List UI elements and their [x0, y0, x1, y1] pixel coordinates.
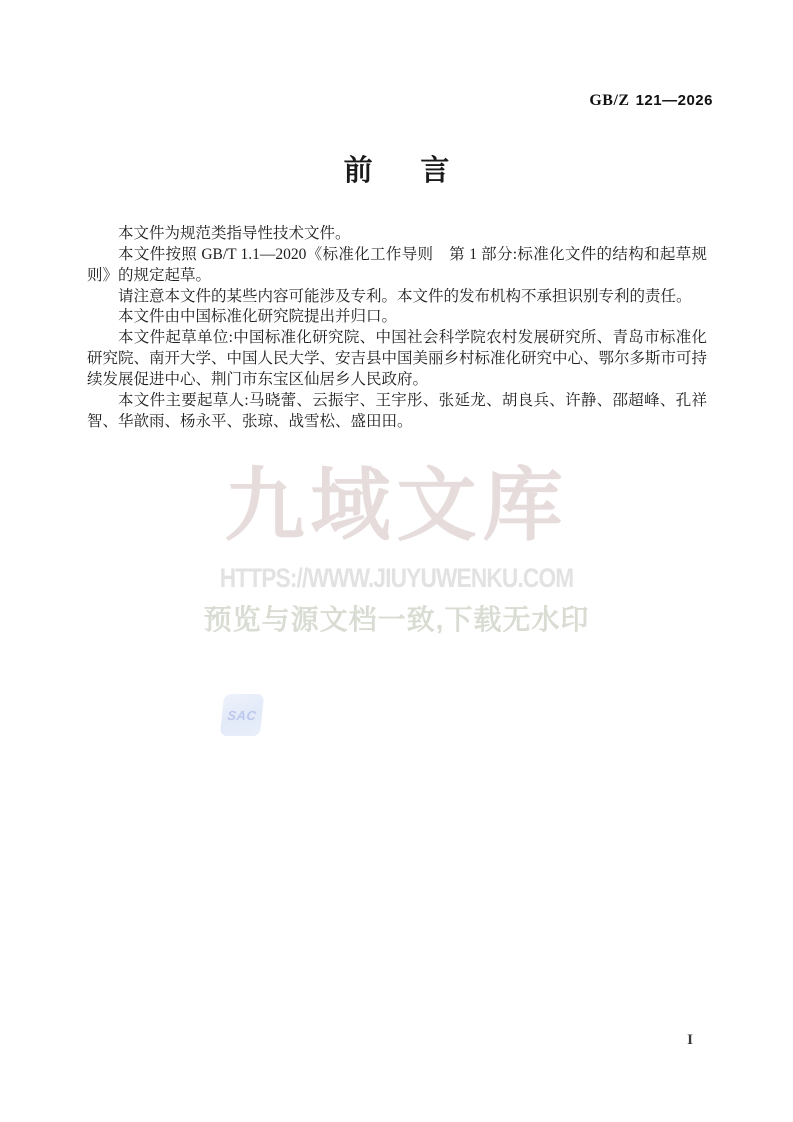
standard-code-prefix: GB/Z: [589, 92, 629, 109]
standard-code-number: 121—2026: [636, 92, 713, 109]
watermark-brand-text: 九域文库: [0, 458, 793, 554]
foreword-paragraph-5: 本文件起草单位:中国标准化研究院、中国社会科学院农村发展研究所、青岛市标准化研究…: [87, 328, 707, 391]
foreword-paragraph-1: 本文件为规范类指导性技术文件。: [87, 224, 707, 245]
foreword-paragraph-2: 本文件按照 GB/T 1.1—2020《标准化工作导则 第 1 部分:标准化文件…: [87, 245, 707, 287]
foreword-body: 本文件为规范类指导性技术文件。 本文件按照 GB/T 1.1—2020《标准化工…: [87, 224, 707, 432]
sac-logo-text: SAC: [227, 708, 258, 723]
watermark-tagline-text: 预览与源文档一致,下载无水印: [0, 598, 793, 638]
foreword-title-row: 前言: [0, 148, 793, 189]
foreword-paragraph-4: 本文件由中国标准化研究院提出并归口。: [87, 307, 707, 328]
page-number: I: [687, 1032, 693, 1049]
document-page: GB/Z121—2026 前言 本文件为规范类指导性技术文件。 本文件按照 GB…: [0, 0, 793, 1122]
page-title: 前言: [344, 155, 498, 187]
foreword-paragraph-3: 请注意本文件的某些内容可能涉及专利。本文件的发布机构不承担识别专利的责任。: [87, 287, 707, 308]
watermark-url-text: HTTPS://WWW.JIUYUWENKU.COM: [63, 563, 729, 594]
standard-code: GB/Z121—2026: [589, 92, 713, 110]
sac-logo-icon: SAC: [220, 694, 264, 736]
foreword-paragraph-6: 本文件主要起草人:马晓蕾、云振宇、王宇彤、张延龙、胡良兵、许静、邵超峰、孔祥智、…: [87, 391, 707, 433]
